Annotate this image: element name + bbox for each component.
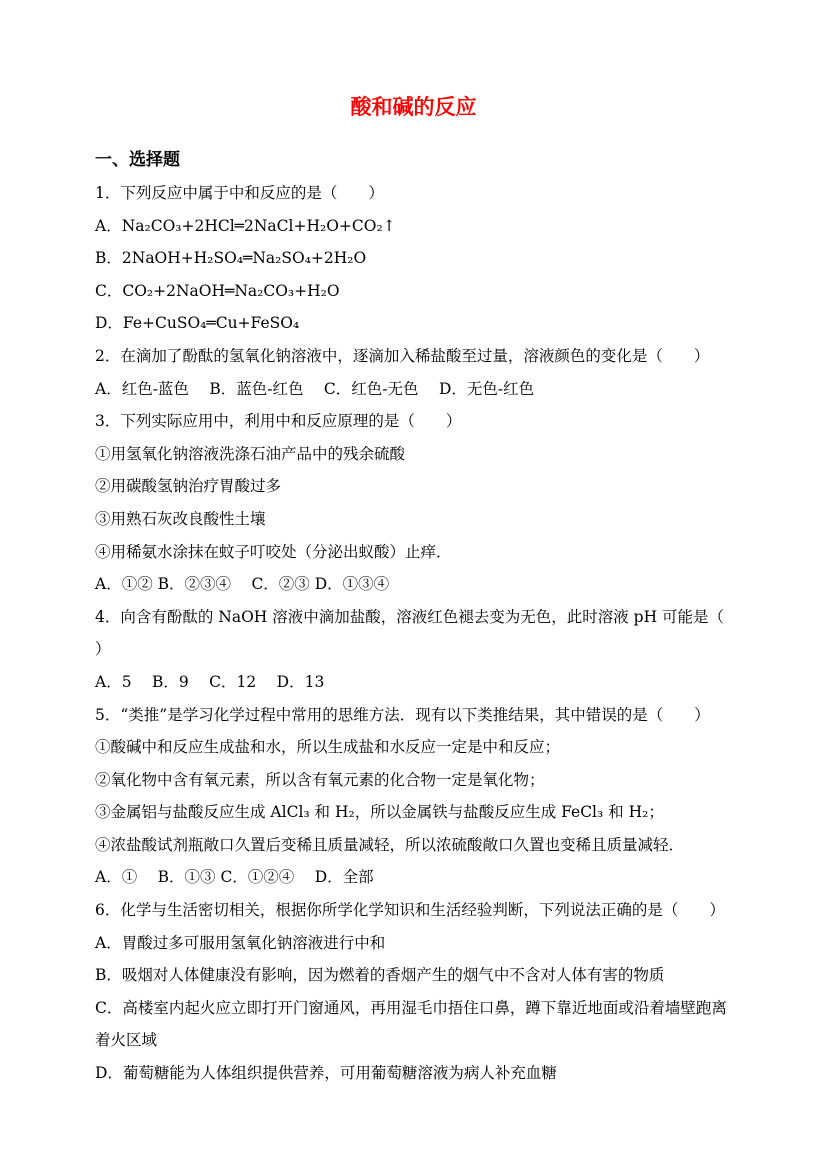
question-5-line-5: A．① B．①③ C．①②④ D．全部	[95, 861, 732, 894]
question-3-stem: 3．下列实际应用中，利用中和反应原理的是（ ）	[95, 405, 732, 438]
question-5-line-2: ②氧化物中含有氧元素，所以含有氧元素的化合物一定是氧化物；	[95, 764, 732, 797]
question-6-line-1: A．胃酸过多可服用氢氧化钠溶液进行中和	[95, 927, 732, 960]
question-6-line-4: D．葡萄糖能为人体组织提供营养，可用葡萄糖溶液为病人补充血糖	[95, 1057, 732, 1090]
question-1-line-4: D．Fe+CuSO₄═Cu+FeSO₄	[95, 307, 732, 340]
question-1-line-3: C．CO₂+2NaOH═Na₂CO₃+H₂O	[95, 275, 732, 308]
question-5-line-1: ①酸碱中和反应生成盐和水，所以生成盐和水反应一定是中和反应；	[95, 731, 732, 764]
question-4-line-1: A．5 B．9 C．12 D．13	[95, 666, 732, 699]
question-2-line-1: A．红色‐蓝色 B．蓝色‐红色 C．红色‐无色 D．无色‐红色	[95, 373, 732, 406]
question-1-stem: 1．下列反应中属于中和反应的是（ ）	[95, 177, 732, 210]
section-heading-multiple-choice: 一、选择题	[95, 144, 732, 177]
question-4-stem: 4．向含有酚酞的 NaOH 溶液中滴加盐酸，溶液红色褪去变为无色，此时溶液 pH…	[95, 601, 732, 666]
question-5-line-4: ④浓盐酸试剂瓶敞口久置后变稀且质量减轻，所以浓硫酸敞口久置也变稀且质量减轻．	[95, 829, 732, 862]
question-6-line-2: B．吸烟对人体健康没有影响，因为燃着的香烟产生的烟气中不含对人体有害的物质	[95, 959, 732, 992]
question-3-line-1: ①用氢氧化钠溶液洗涤石油产品中的残余硫酸	[95, 438, 732, 471]
document-title: 酸和碱的反应	[95, 94, 732, 120]
question-5-line-3: ③金属铝与盐酸反应生成 AlCl₃ 和 H₂，所以金属铁与盐酸反应生成 FeCl…	[95, 796, 732, 829]
question-3-line-5: A．①② B．②③④ C．②③ D．①③④	[95, 568, 732, 601]
question-1-line-2: B．2NaOH+H₂SO₄═Na₂SO₄+2H₂O	[95, 242, 732, 275]
question-2-stem: 2．在滴加了酚酞的氢氧化钠溶液中，逐滴加入稀盐酸至过量，溶液颜色的变化是（ ）	[95, 340, 732, 373]
question-1-line-1: A．Na₂CO₃+2HCl═2NaCl+H₂O+CO₂↑	[95, 210, 732, 243]
question-3-line-4: ④用稀氨水涂抹在蚊子叮咬处（分泌出蚁酸）止痒．	[95, 536, 732, 569]
questions-container: 1．下列反应中属于中和反应的是（ ）A．Na₂CO₃+2HCl═2NaCl+H₂…	[95, 177, 732, 1090]
question-5-stem: 5．“类推”是学习化学过程中常用的思维方法．现有以下类推结果，其中错误的是（ ）	[95, 699, 732, 732]
question-3-line-2: ②用碳酸氢钠治疗胃酸过多	[95, 470, 732, 503]
question-6-line-3: C．高楼室内起火应立即打开门窗通风，再用湿毛巾捂住口鼻，蹲下靠近地面或沿着墙壁跑…	[95, 992, 732, 1057]
question-6-stem: 6．化学与生活密切相关，根据你所学化学知识和生活经验判断，下列说法正确的是（ ）	[95, 894, 732, 927]
question-3-line-3: ③用熟石灰改良酸性土壤	[95, 503, 732, 536]
document-page: 酸和碱的反应 一、选择题 1．下列反应中属于中和反应的是（ ）A．Na₂CO₃+…	[0, 0, 827, 1170]
